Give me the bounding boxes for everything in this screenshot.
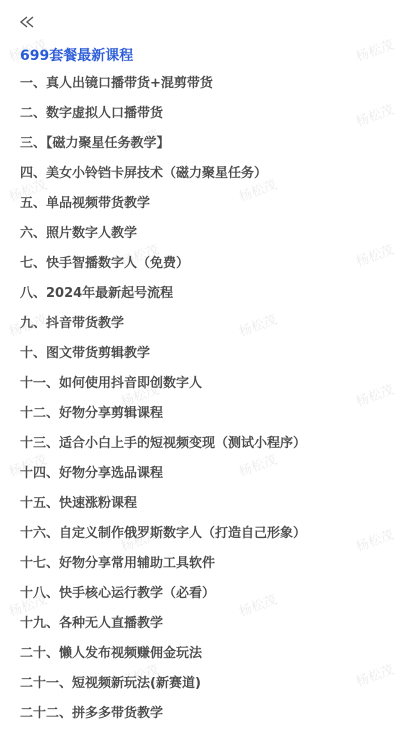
watermark: 杨松茂 xyxy=(353,239,396,270)
course-item[interactable]: 二十一、短视频新玩法(新赛道) xyxy=(20,673,306,703)
course-item[interactable]: 七、快手智播数字人（免费） xyxy=(20,253,306,283)
watermark: 杨松茂 xyxy=(353,524,396,555)
course-list: 一、真人出镜口播带货+混剪带货 二、数字虚拟人口播带货 三、【磁力聚星任务教学】… xyxy=(20,73,306,733)
course-item[interactable]: 二、数字虚拟人口播带货 xyxy=(20,103,306,133)
course-item[interactable]: 十二、好物分享剪辑课程 xyxy=(20,403,306,433)
page-title: 699套餐最新课程 xyxy=(20,45,133,65)
course-item[interactable]: 十九、各种无人直播教学 xyxy=(20,613,306,643)
course-list-page: 杨松茂 杨松茂 杨松茂 杨松茂 杨松茂 杨松茂 杨松茂 杨松茂 杨松茂 杨松茂 … xyxy=(0,0,402,733)
watermark: 杨松茂 xyxy=(353,99,396,130)
course-item[interactable]: 十八、快手核心运行教学（必看） xyxy=(20,583,306,613)
course-item[interactable]: 十七、好物分享常用辅助工具软件 xyxy=(20,553,306,583)
course-item[interactable]: 二十二、拼多多带货教学 xyxy=(20,703,306,733)
course-item[interactable]: 十、图文带货剪辑教学 xyxy=(20,343,306,373)
double-chevron-left-icon[interactable] xyxy=(19,14,35,30)
course-item[interactable]: 四、美女小铃铛卡屏技术（磁力聚星任务） xyxy=(20,163,306,193)
course-item[interactable]: 三、【磁力聚星任务教学】 xyxy=(20,133,306,163)
course-item[interactable]: 十三、适合小白上手的短视频变现（测试小程序） xyxy=(20,433,306,463)
watermark: 杨松茂 xyxy=(353,659,396,690)
course-item[interactable]: 十一、如何使用抖音即创数字人 xyxy=(20,373,306,403)
watermark: 杨松茂 xyxy=(353,34,396,65)
course-item[interactable]: 六、照片数字人教学 xyxy=(20,223,306,253)
course-item[interactable]: 二十、懒人发布视频赚佣金玩法 xyxy=(20,643,306,673)
course-item[interactable]: 十四、好物分享选品课程 xyxy=(20,463,306,493)
course-item[interactable]: 八、2024年最新起号流程 xyxy=(20,283,306,313)
watermark: 杨松茂 xyxy=(353,379,396,410)
course-item[interactable]: 九、抖音带货教学 xyxy=(20,313,306,343)
course-item[interactable]: 十六、自定义制作俄罗斯数字人（打造自己形象） xyxy=(20,523,306,553)
course-item[interactable]: 十五、快速涨粉课程 xyxy=(20,493,306,523)
course-item[interactable]: 一、真人出镜口播带货+混剪带货 xyxy=(20,73,306,103)
course-item[interactable]: 五、单品视频带货教学 xyxy=(20,193,306,223)
